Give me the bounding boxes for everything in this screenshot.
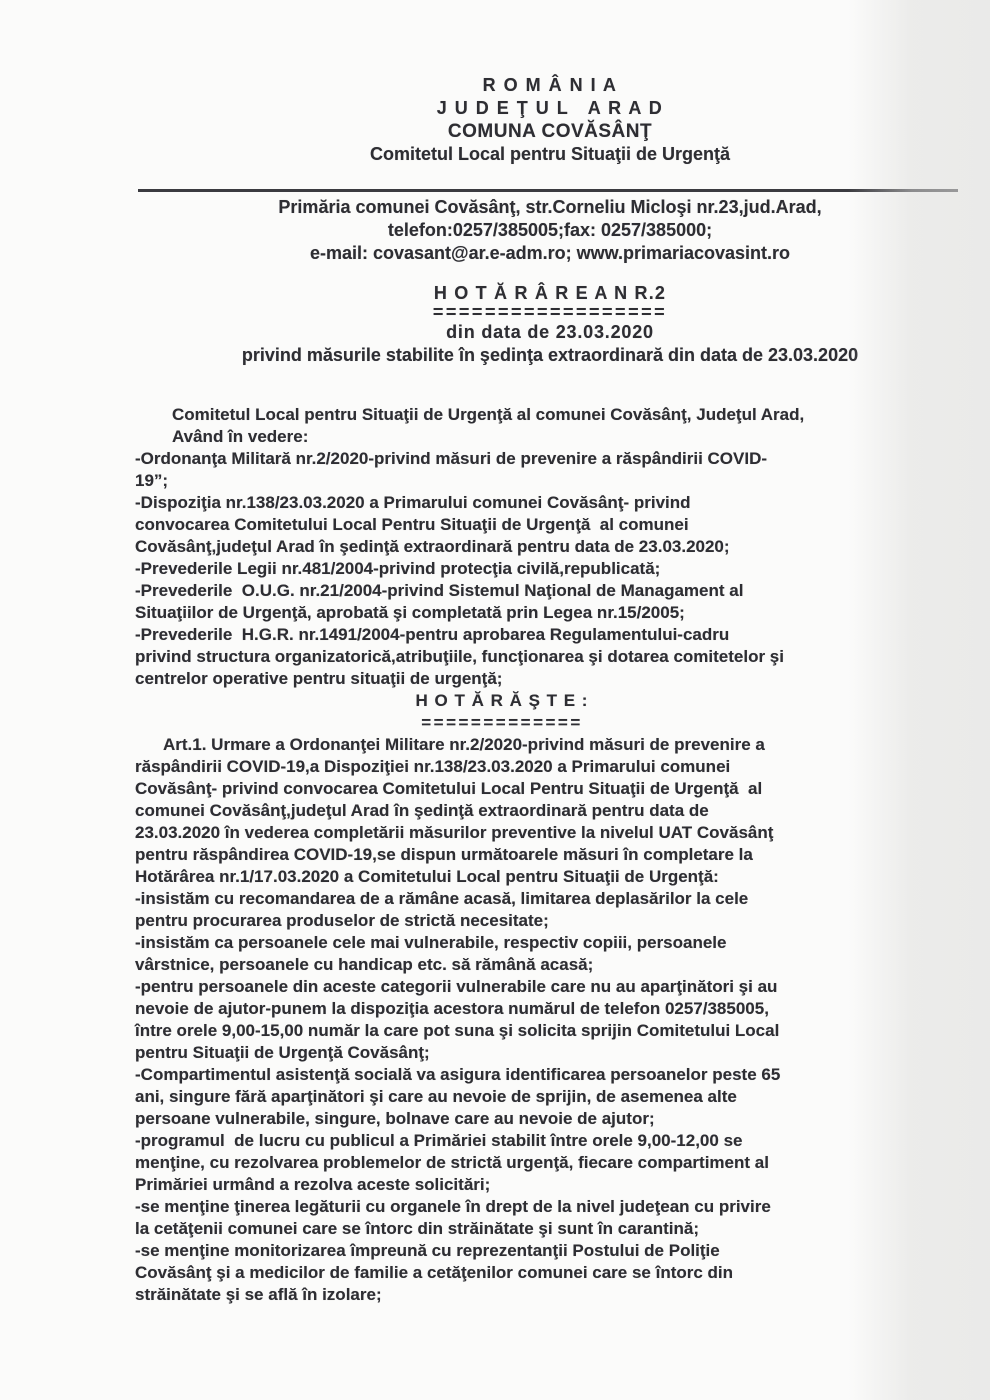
- document-line: -Dispoziţia nr.138/23.03.2020 a Primarul…: [135, 492, 965, 514]
- decision-number-title: H O T Ă R Â R E A N R.2: [135, 283, 965, 304]
- document-line: Hotărârea nr.1/17.03.2020 a Comitetului …: [135, 866, 965, 888]
- document-line: -se menţine ţinerea legăturii cu organel…: [135, 1196, 965, 1218]
- document-line: nevoie de ajutor-punem la dispoziţia ace…: [135, 998, 965, 1020]
- title-underline: ==================: [135, 304, 965, 321]
- document-line: -se menţine monitorizarea împreună cu re…: [135, 1240, 965, 1262]
- document-line: între orele 9,00-15,00 număr la care pot…: [135, 1020, 965, 1042]
- document-line: Având în vedere:: [135, 426, 965, 448]
- document-line: răspândirii COVID-19,a Dispoziţiei nr.13…: [135, 756, 965, 778]
- document-line: ani, singure fără aparţinători şi care a…: [135, 1086, 965, 1108]
- decision-date-line: din data de 23.03.2020: [135, 321, 965, 344]
- address-line: Primăria comunei Covăsânţ, str.Corneliu …: [135, 196, 965, 219]
- article-1-line: Art.1. Urmare a Ordonanţei Militare nr.2…: [135, 734, 965, 756]
- document-line: -Prevederile H.G.R. nr.1491/2004-pentru …: [135, 624, 965, 646]
- document-line: străinătate şi se află în izolare;: [135, 1284, 965, 1306]
- document-line: -Compartimentul asistenţă socială va asi…: [135, 1064, 965, 1086]
- document-line: centrelor operative pentru situaţii de u…: [135, 668, 965, 690]
- committee-title: Comitetul Local pentru Situaţii de Urgen…: [135, 143, 965, 166]
- document-line: -insistăm ca persoanele cele mai vulnera…: [135, 932, 965, 954]
- decision-body: Comitetul Local pentru Situaţii de Urgen…: [135, 404, 965, 1306]
- header-divider: [138, 189, 958, 192]
- scanned-document-page: R O M Â N I A J U D E Ţ U L A R A D COMU…: [0, 0, 990, 1400]
- county-title: J U D E Ţ U L A R A D: [135, 97, 965, 120]
- document-line: privind structura organizatorică,atribuţ…: [135, 646, 965, 668]
- document-line: -programul de lucru cu publicul a Primăr…: [135, 1130, 965, 1152]
- document-line: menţine, cu rezolvarea problemelor de st…: [135, 1152, 965, 1174]
- document-line: pentru procurarea produselor de strictă …: [135, 910, 965, 932]
- phone-fax-line: telefon:0257/385005;fax: 0257/385000;: [135, 219, 965, 242]
- document-line: Covăsânţ,judeţul Arad în şedinţă extraor…: [135, 536, 965, 558]
- contact-block: Primăria comunei Covăsânţ, str.Corneliu …: [135, 196, 965, 265]
- document-line: Situaţiilor de Urgenţă, aprobată şi comp…: [135, 602, 965, 624]
- document-line: pentru răspândirea COVID-19,se dispun ur…: [135, 844, 965, 866]
- document-line: Comitetul Local pentru Situaţii de Urgen…: [135, 404, 965, 426]
- document-line: 23.03.2020 în vederea completării măsuri…: [135, 822, 965, 844]
- document-line: -Prevederile Legii nr.481/2004-privind p…: [135, 558, 965, 580]
- resolution-heading: H O T Ă R Ă Ş T E :: [87, 690, 917, 712]
- document-line: comunei Covăsânţ,judeţul Arad în şedinţă…: [135, 800, 965, 822]
- document-line: -pentru persoanele din aceste categorii …: [135, 976, 965, 998]
- document-line: Covăsânţ şi a medicilor de familie a cet…: [135, 1262, 965, 1284]
- document-line: -insistăm cu recomandarea de a rămâne ac…: [135, 888, 965, 910]
- commune-title: COMUNA COVĂSÂNŢ: [135, 120, 965, 143]
- document-line: Covăsânţ- privind convocarea Comitetului…: [135, 778, 965, 800]
- document-line: pentru Situaţii de Urgenţă Covăsânţ;: [135, 1042, 965, 1064]
- document-line: persoane vulnerabile, singure, bolnave c…: [135, 1108, 965, 1130]
- document-line: -Prevederile O.U.G. nr.21/2004-privind S…: [135, 580, 965, 602]
- document-line: la cetăţenii comunei care se întorc din …: [135, 1218, 965, 1240]
- decision-subject-line: privind măsurile stabilite în şedinţa ex…: [135, 344, 965, 367]
- document-line: vârstnice, persoanele cu handicap etc. s…: [135, 954, 965, 976]
- document-line: convocarea Comitetului Local Pentru Situ…: [135, 514, 965, 536]
- country-title: R O M Â N I A: [135, 74, 965, 97]
- document-line: -Ordonanţa Militară nr.2/2020-privind mă…: [135, 448, 965, 470]
- document-header: R O M Â N I A J U D E Ţ U L A R A D COMU…: [135, 74, 965, 166]
- document-line: Primăriei urmând a rezolva aceste solici…: [135, 1174, 965, 1196]
- document-line: 19”;: [135, 470, 965, 492]
- email-website-line: e-mail: covasant@ar.e-adm.ro; www.primar…: [135, 242, 965, 265]
- decision-title-block: H O T Ă R Â R E A N R.2 ================…: [135, 283, 965, 367]
- resolution-underline: =============: [87, 712, 917, 734]
